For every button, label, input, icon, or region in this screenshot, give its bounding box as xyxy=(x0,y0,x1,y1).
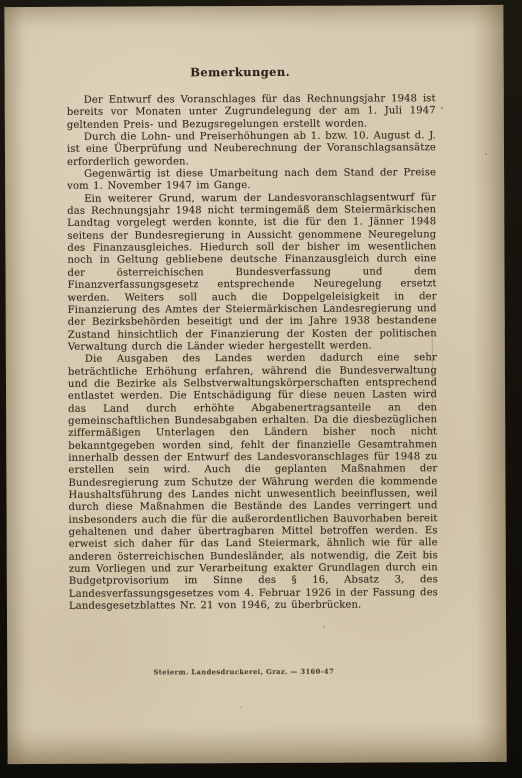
scan-background: Bemerkungen. Der Entwurf des Voranschlag… xyxy=(0,0,522,778)
scan-speckle xyxy=(441,107,443,109)
printer-imprint: Steierm. Landesdruckerei, Graz. — 3160-4… xyxy=(0,667,493,677)
scan-speckle xyxy=(240,706,241,708)
document-page: Bemerkungen. Der Entwurf des Voranschlag… xyxy=(4,5,506,764)
scan-speckle xyxy=(77,249,79,250)
page-title: Bemerkungen. xyxy=(0,64,490,80)
document-body: Der Entwurf des Voranschlages für das Re… xyxy=(67,93,438,613)
paragraph-1: Der Entwurf des Voranschlages für das Re… xyxy=(67,93,436,132)
paragraph-5: Die Ausgaben des Landes werden dadurch e… xyxy=(68,352,438,613)
paragraph-2: Durch die Lohn- und Preiserhöhungen ab 1… xyxy=(67,130,436,169)
scan-speckle xyxy=(485,153,487,155)
scan-speckle xyxy=(323,626,325,628)
paragraph-4: Ein weiterer Grund, warum der Landesvora… xyxy=(67,192,437,354)
paragraph-3: Gegenwärtig ist diese Umarbeitung nach d… xyxy=(67,167,436,193)
